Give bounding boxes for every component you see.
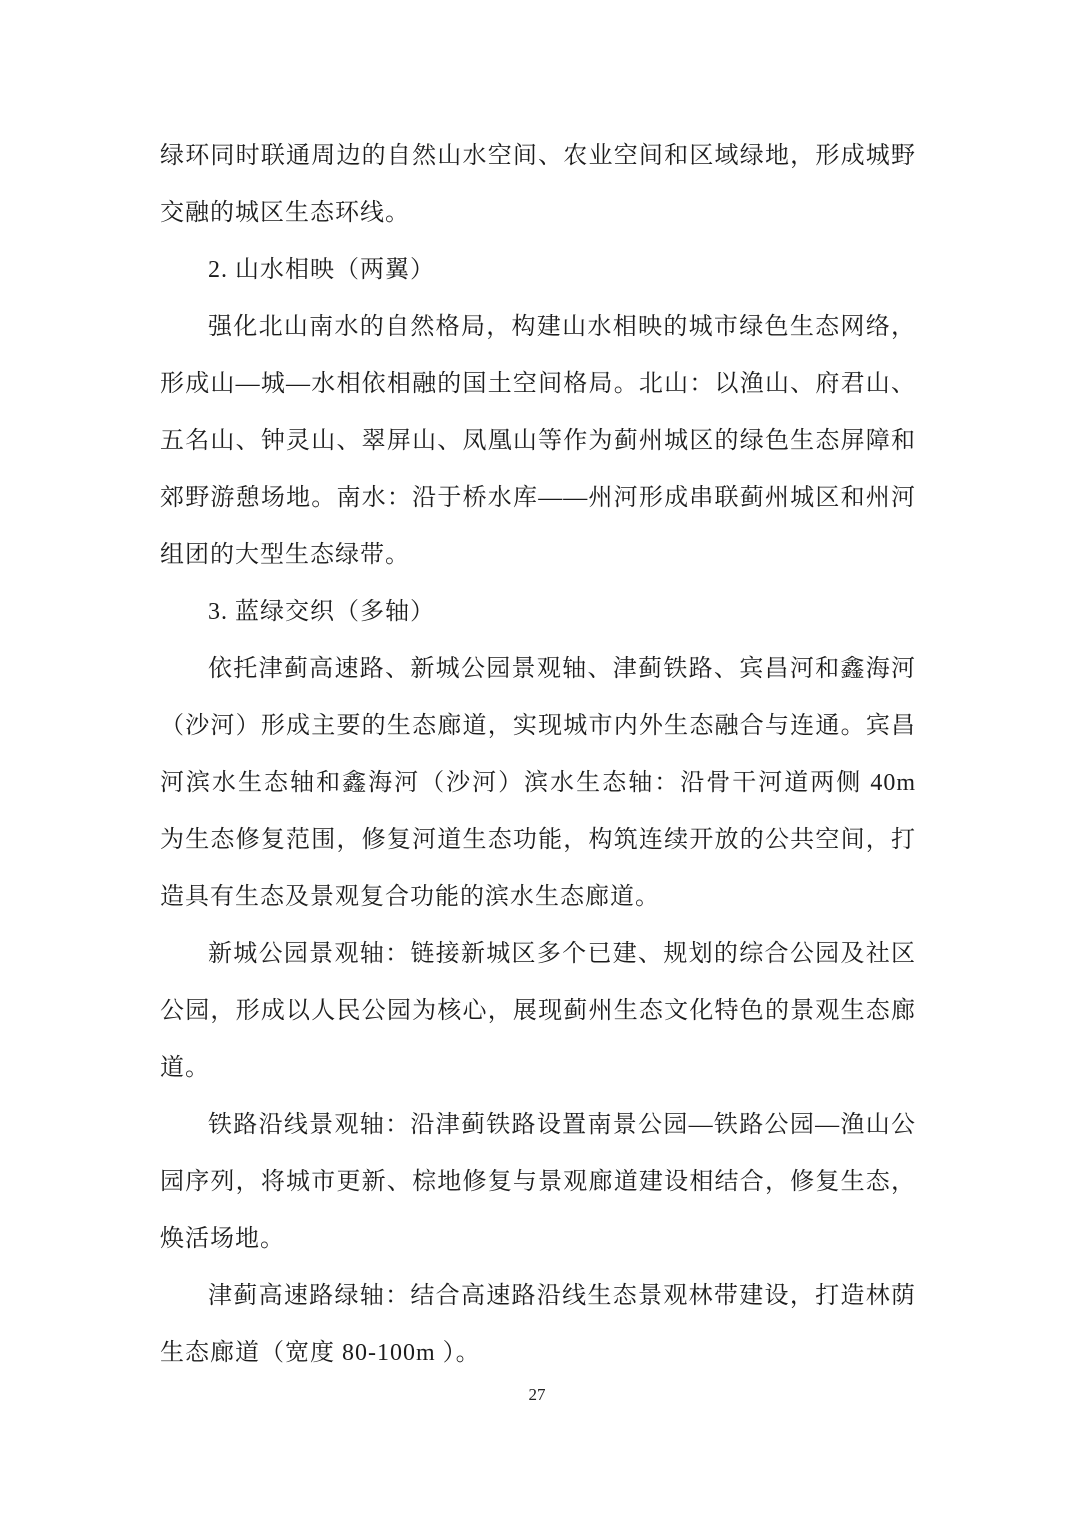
paragraph-railway-landscape-axis: 铁路沿线景观轴：沿津蓟铁路设置南景公园—铁路公园—渔山公园序列，将城市更新、棕地… <box>160 1097 916 1268</box>
document-page: 绿环同时联通周边的自然山水空间、农业空间和区域绿地，形成城野交融的城区生态环线。… <box>0 0 1074 1520</box>
section-heading-2: 2. 山水相映（两翼） <box>160 242 916 299</box>
page-number: 27 <box>0 1383 1074 1407</box>
paragraph-continued: 绿环同时联通周边的自然山水空间、农业空间和区域绿地，形成城野交融的城区生态环线。 <box>160 128 916 242</box>
paragraph-blue-green-corridors: 依托津蓟高速路、新城公园景观轴、津蓟铁路、宾昌河和鑫海河（沙河）形成主要的生态廊… <box>160 641 916 926</box>
body-text-block: 绿环同时联通周边的自然山水空间、农业空间和区域绿地，形成城野交融的城区生态环线。… <box>160 128 916 1382</box>
section-heading-3: 3. 蓝绿交织（多轴） <box>160 584 916 641</box>
paragraph-new-town-park-axis: 新城公园景观轴：链接新城区多个已建、规划的综合公园及社区公园，形成以人民公园为核… <box>160 926 916 1097</box>
paragraph-expressway-green-axis: 津蓟高速路绿轴：结合高速路沿线生态景观林带建设，打造林荫生态廊道（宽度 80-1… <box>160 1268 916 1382</box>
paragraph-mountains-water: 强化北山南水的自然格局，构建山水相映的城市绿色生态网络，形成山—城—水相依相融的… <box>160 299 916 584</box>
